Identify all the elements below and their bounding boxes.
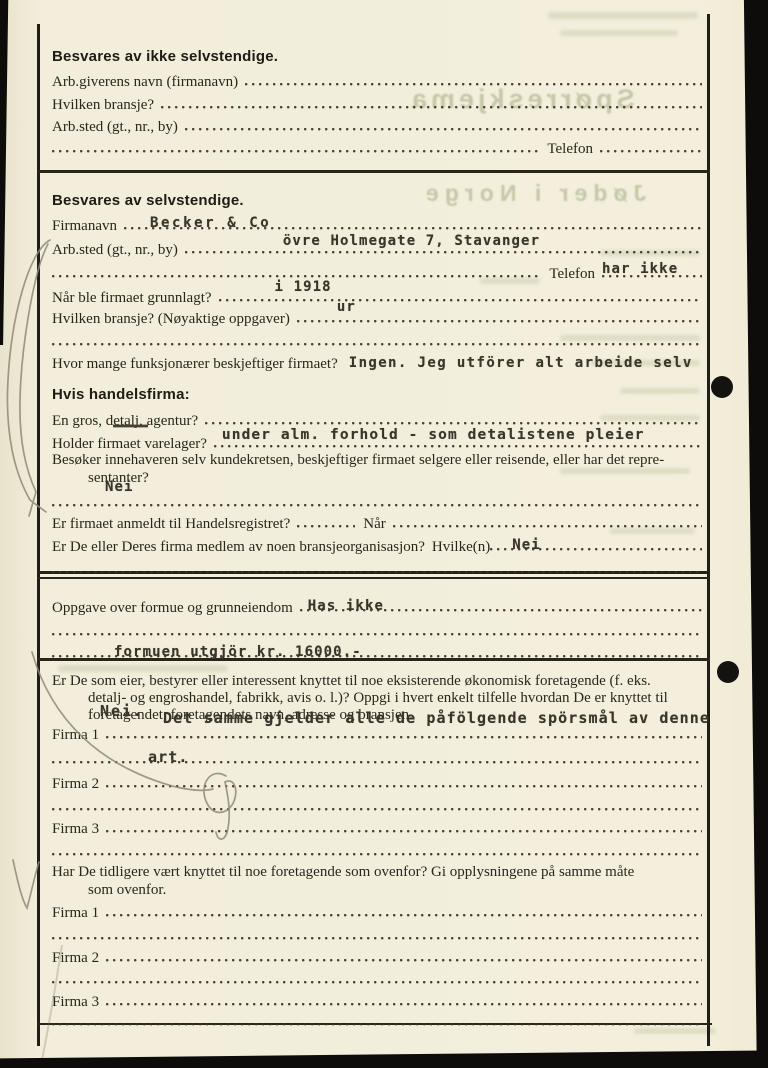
dotted-line: [52, 133, 539, 157]
dotted-line: har ikke: [602, 258, 702, 282]
dotted-line: art.: [52, 744, 702, 768]
dotted-line: [161, 89, 702, 113]
typed-answer-telefon: har ikke: [602, 261, 678, 277]
question-tidligere-line1: Har De tidligere vært knyttet til noe fo…: [52, 864, 634, 881]
field-row-handelsregistret: Er firmaet anmeldt til Handelsregistret?…: [52, 508, 702, 532]
pencil-check-mark: [13, 860, 39, 908]
dotted-line: [297, 508, 355, 532]
field-row-bransje: Hvilken bransje?: [52, 89, 702, 113]
pencil-arc-left-margin-inner: [20, 244, 48, 516]
dotted-line: [106, 897, 702, 921]
typed-answer-formue: Has ikke: [300, 598, 384, 614]
field-row-firma3: Firma 3: [52, 813, 702, 837]
field-row-varelager: Holder firmaet varelager? under alm. for…: [52, 428, 702, 452]
bleedthrough-line: [560, 30, 678, 36]
field-label: Holder firmaet varelager?: [52, 436, 214, 453]
field-label: Hvor mange funksjonærer beskjeftiger fir…: [52, 356, 345, 373]
dotted-line: övre Holmegate 7, Stavanger: [185, 234, 702, 258]
field-label: Hvilken bransje? (Nøyaktige oppgaver): [52, 311, 297, 328]
field-row-formue2: formuen utgjör kr. 16000.-: [52, 638, 702, 662]
dotted-line: [52, 836, 702, 860]
field-row-telefon2: Telefon har ikke: [52, 258, 702, 282]
field-label: Telefon: [539, 141, 600, 158]
field-row-formue: Oppgave over formue og grunneiendom Has …: [52, 592, 702, 616]
dotted-row: [52, 920, 702, 944]
field-row-firmanavn: Firmanavn Becker & Co: [52, 210, 702, 234]
dotted-row: [52, 964, 702, 988]
bleedthrough-line: [548, 12, 698, 19]
dotted-row: [52, 326, 702, 350]
dotted-line: [52, 326, 702, 350]
field-label: Arb.sted (gt., nr., by): [52, 242, 185, 259]
pencil-arc-left-margin: [7, 240, 50, 512]
field-label: Firmanavn: [52, 218, 124, 235]
field-label-naar: Når: [355, 516, 393, 533]
typed-answer-bransje: ur: [297, 299, 356, 315]
form-border-right: [707, 14, 710, 1046]
dotted-line: [52, 1006, 702, 1030]
question-besoker-line1: Besøker innehaveren selv kundekretsen, b…: [52, 452, 664, 469]
field-label: Firma 1: [52, 727, 106, 744]
dotted-row: [52, 1006, 702, 1030]
bleedthrough-line: [58, 665, 228, 672]
section-header-ikke-selvstendige: Besvares av ikke selvstendige.: [52, 48, 278, 65]
question-foretagende-line1: Er De som eier, bestyrer eller interesse…: [52, 673, 651, 690]
dotted-line: [52, 616, 702, 640]
dotted-line: [52, 554, 702, 578]
scan-edge-bottom: [0, 1048, 768, 1068]
field-label-hvilken: Hvilke(n): [432, 539, 490, 556]
field-row-firma1: Firma 1: [52, 719, 702, 743]
dotted-line: under alm. forhold - som detalistene ple…: [214, 428, 702, 452]
field-label: Firma 2: [52, 776, 106, 793]
field-row-funksjonaerer: Hvor mange funksjonærer beskjeftiger fir…: [52, 348, 702, 372]
field-label: Telefon: [541, 266, 602, 283]
typed-answer-art: art.: [52, 748, 189, 766]
field-label: Firma 3: [52, 821, 106, 838]
field-row-arbgiver: Arb.giverens navn (firmanavn): [52, 66, 702, 90]
field-row-bransje2: Hvilken bransje? (Nøyaktige oppgaver) ur: [52, 303, 702, 327]
question-foretagende-line2: detalj- og engroshandel, fabrikk, avis o…: [88, 690, 668, 707]
punch-hole-bottom: [717, 661, 739, 683]
dotted-row: [52, 616, 702, 640]
section-header-handelsfirma: Hvis handelsfirma:: [52, 386, 190, 403]
typed-answer-firmanavn: Becker & Co: [124, 215, 271, 231]
punch-hole-top: [711, 376, 733, 398]
field-label: Arb.giverens navn (firmanavn): [52, 74, 245, 91]
field-row-telefon: Telefon: [52, 133, 702, 157]
dotted-line: [205, 405, 702, 429]
dotted-row: [52, 836, 702, 860]
field-label: En gros, detalj, agentur?: [52, 413, 205, 430]
typed-answer-funksjonaerer: Ingen. Jeg utförer alt arbeide selv: [345, 355, 693, 371]
dotted-line: [52, 791, 702, 815]
field-row-firma2b: Firma 2: [52, 942, 702, 966]
dotted-row: [52, 791, 702, 815]
section-header-selvstendige: Besvares av selvstendige.: [52, 192, 244, 209]
dotted-line: [393, 508, 702, 532]
scan-edge-right: [740, 0, 768, 1068]
dotted-line: Has ikke: [300, 592, 702, 616]
answer-area: Ingen. Jeg utförer alt arbeide selv: [345, 348, 702, 372]
field-label: Er De eller Deres firma medlem av noen b…: [52, 539, 432, 556]
dotted-line: [106, 942, 702, 966]
dotted-line: [106, 768, 702, 792]
field-label: Er firmaet anmeldt til Handelsregistret?: [52, 516, 297, 533]
dotted-row: [52, 554, 702, 578]
bleedthrough-title-joder-i-norge: Jøder i Norge: [420, 180, 646, 207]
field-row-bransjeorganisasjon: Er De eller Deres firma medlem av noen b…: [52, 531, 702, 555]
field-label: Firma 1: [52, 905, 106, 922]
section-divider: [37, 170, 710, 173]
field-row-firma1b: Firma 1: [52, 897, 702, 921]
dotted-line: [52, 920, 702, 944]
scan-edge-left: [0, 0, 11, 345]
typed-answer-arbsted: övre Holmegate 7, Stavanger: [185, 233, 540, 249]
dotted-line: formuen utgjör kr. 16000.-: [52, 638, 702, 662]
typed-answer-formue-belop: formuen utgjör kr. 16000.-: [52, 644, 362, 660]
field-row-engros: En gros, detalj, agentur?: [52, 405, 702, 429]
scanned-form-page: Spørreskjema Jøder i Norge Besvares av i…: [0, 0, 768, 1068]
field-label: Oppgave over formue og grunneiendom: [52, 600, 300, 617]
dotted-line: [185, 111, 702, 135]
dotted-line: [245, 66, 702, 90]
field-row-arbsted: Arb.sted (gt., nr., by): [52, 111, 702, 135]
dotted-row-art: art.: [52, 744, 702, 768]
field-row-firma2: Firma 2: [52, 768, 702, 792]
field-row-arbsted2: Arb.sted (gt., nr., by) övre Holmegate 7…: [52, 234, 702, 258]
form-border-left: [37, 24, 40, 1046]
dotted-line: Becker & Co: [124, 210, 702, 234]
typed-answer-nei: Nei.: [100, 702, 144, 720]
typed-answer-grunnlagt: i 1918: [219, 279, 332, 295]
bleedthrough-line: [620, 388, 700, 394]
dotted-line: [52, 964, 702, 988]
typed-answer-medlem: Nei: [490, 537, 541, 553]
dotted-line: [106, 719, 702, 743]
dotted-line: ur: [297, 303, 702, 327]
dotted-line: Nei: [490, 531, 702, 555]
dotted-line: [106, 813, 702, 837]
typed-answer-varelager: under alm. forhold - som detalistene ple…: [214, 427, 645, 443]
dotted-line: [600, 133, 702, 157]
